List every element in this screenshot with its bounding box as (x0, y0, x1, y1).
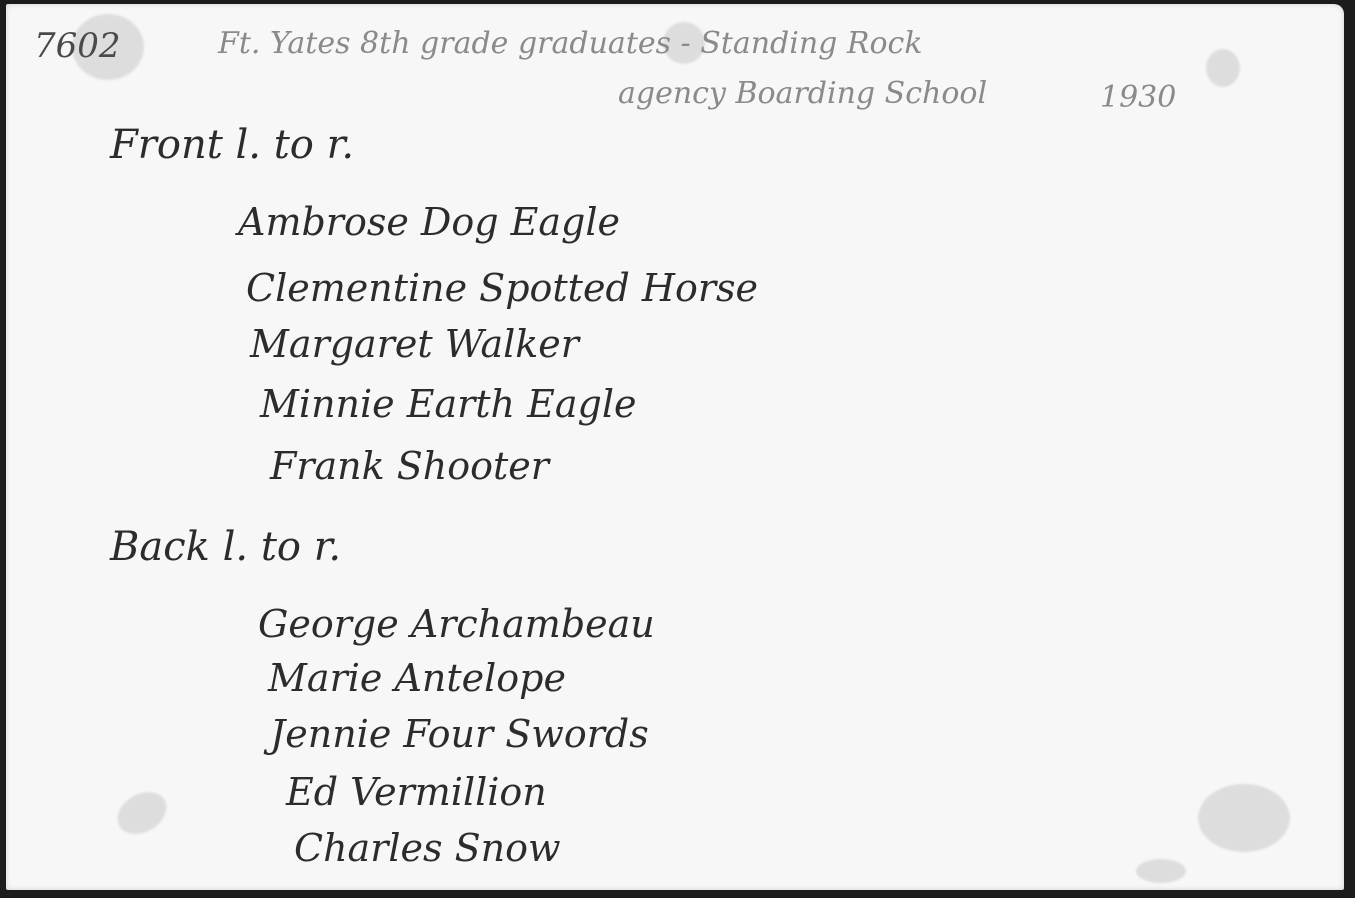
back-name: Jennie Four Swords (270, 712, 649, 756)
stain-bottom-right-small (1136, 859, 1186, 883)
back-row-label: Back l. to r. (110, 524, 341, 570)
front-name: Ambrose Dog Eagle (238, 200, 620, 244)
header-line-1: Ft. Yates 8th grade graduates - Standing… (218, 26, 923, 61)
header-line-2: agency Boarding School (618, 76, 987, 111)
front-name: Margaret Walker (250, 322, 579, 366)
front-name: Frank Shooter (270, 444, 549, 488)
front-name: Minnie Earth Eagle (260, 382, 636, 426)
stain-bottom-right (1198, 784, 1290, 852)
catalog-number: 7602 (34, 26, 121, 66)
stain-top-right (1206, 49, 1240, 87)
back-name: Ed Vermillion (286, 770, 547, 814)
back-name: Marie Antelope (268, 656, 566, 700)
back-name: George Archambeau (258, 602, 655, 646)
photo-back-card: 7602 Ft. Yates 8th grade graduates - Sta… (6, 4, 1344, 890)
header-year: 1930 (1100, 80, 1176, 115)
front-name: Clementine Spotted Horse (246, 266, 758, 310)
back-name: Charles Snow (294, 826, 561, 870)
front-row-label: Front l. to r. (110, 122, 354, 168)
stain-bottom-left (110, 784, 174, 843)
